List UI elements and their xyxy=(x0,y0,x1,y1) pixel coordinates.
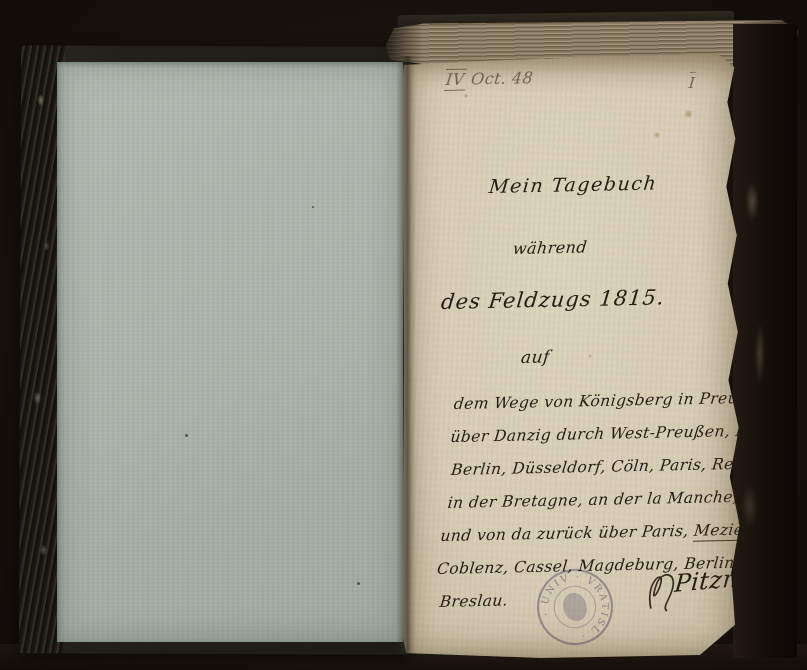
campaign-year-line: des Feldzugs 1815. xyxy=(440,285,666,314)
photograph-of-open-book: IV Oct. 48 I Mein Tagebuch während des F… xyxy=(0,0,807,670)
shelfmark-annotation: IV Oct. 48 xyxy=(444,68,534,89)
paper-speck xyxy=(357,582,360,585)
shelfmark-text: Oct. 48 xyxy=(465,68,534,88)
paper-speck xyxy=(312,206,314,208)
right-cover-edge xyxy=(733,24,797,658)
stamp-eagle-emblem xyxy=(559,590,590,625)
route-line-part: und von da zurück über Paris, xyxy=(440,522,695,545)
title-page: IV Oct. 48 I Mein Tagebuch während des F… xyxy=(402,54,750,658)
title-word-auf: auf xyxy=(520,347,551,368)
shelfmark-volume-numeral: IV xyxy=(444,69,467,91)
diary-title: Mein Tagebuch xyxy=(488,172,658,198)
foxing-spot xyxy=(684,110,693,118)
foxing-spot xyxy=(464,94,468,98)
left-endpaper xyxy=(57,62,403,642)
paper-speck xyxy=(185,434,188,437)
folio-number: I xyxy=(688,72,696,92)
title-word-waehrend: während xyxy=(512,237,588,258)
foxing-spot xyxy=(654,132,660,138)
foxing-spot xyxy=(588,354,592,358)
